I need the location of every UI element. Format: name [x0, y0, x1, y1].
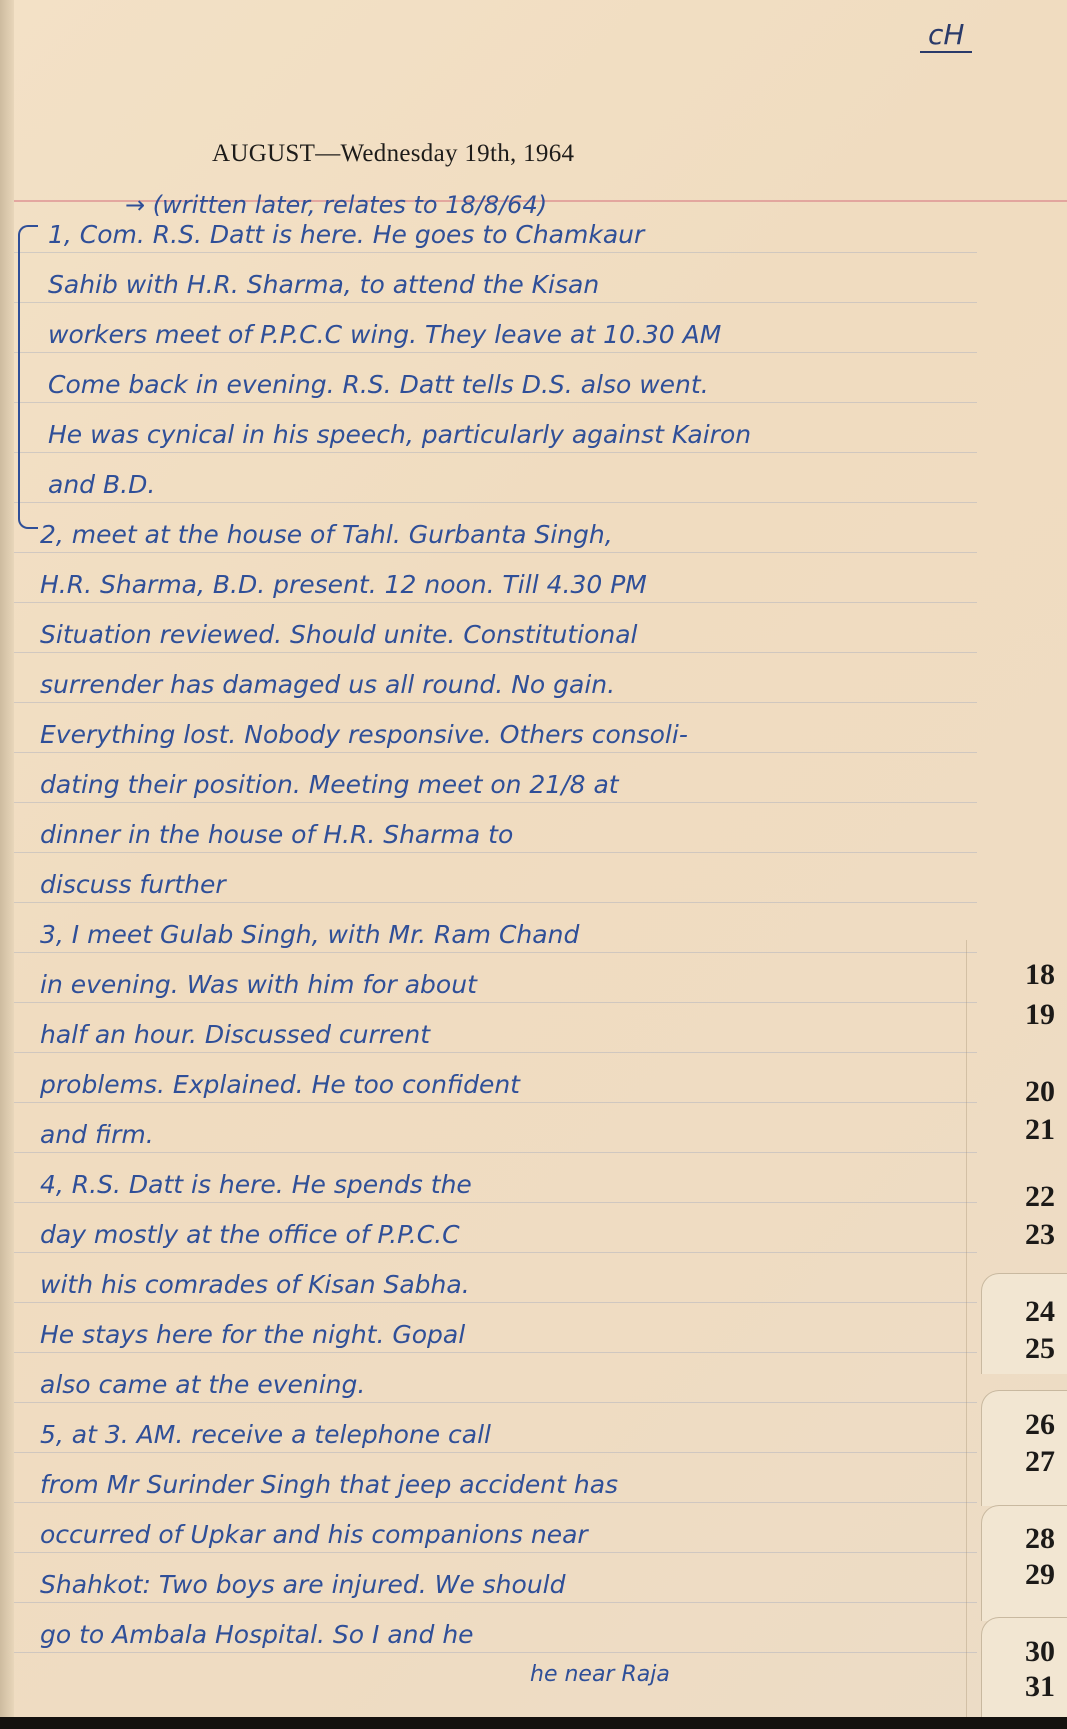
entry-line: occurred of Upkar and his companions nea… [40, 1510, 937, 1560]
corner-initials: cH [920, 18, 972, 53]
entry-line: and B.D. [48, 460, 937, 510]
entry-line: half an hour. Discussed current [40, 1010, 937, 1060]
date-index-tabs: 18 19 20 21 22 23 24 25 26 27 28 29 30 3… [966, 940, 1067, 1717]
entry-line: He was cynical in his speech, particular… [48, 410, 937, 460]
entry-line: go to Ambala Hospital. So I and he [40, 1610, 937, 1660]
date-tab-21[interactable]: 21 [1025, 1113, 1055, 1147]
diary-entry-3: 3, I meet Gulab Singh, with Mr. Ram Chan… [40, 910, 937, 1160]
entry-line: 4, R.S. Datt is here. He spends the [40, 1160, 937, 1210]
date-tab-26[interactable]: 26 [1025, 1408, 1055, 1442]
diary-entry-4: 4, R.S. Datt is here. He spends the day … [40, 1160, 937, 1410]
date-tab-22[interactable]: 22 [1025, 1180, 1055, 1214]
date-tab-19[interactable]: 19 [1025, 998, 1055, 1032]
page-bottom-edge [0, 1717, 1067, 1729]
date-tab-18[interactable]: 18 [1025, 958, 1055, 992]
date-tab-27[interactable]: 27 [1025, 1445, 1055, 1479]
date-tab-20[interactable]: 20 [1025, 1075, 1055, 1109]
date-tab-24[interactable]: 24 [1025, 1295, 1055, 1329]
entry-line: dating their position. Meeting meet on 2… [40, 760, 937, 810]
entry-line: 5, at 3. AM. receive a telephone call [40, 1410, 937, 1460]
entry-line: Situation reviewed. Should unite. Consti… [40, 610, 937, 660]
entry-line: workers meet of P.P.C.C wing. They leave… [48, 310, 937, 360]
diary-entry-5: 5, at 3. AM. receive a telephone call fr… [40, 1410, 937, 1700]
date-tab-28[interactable]: 28 [1025, 1522, 1055, 1556]
entry-line: Everything lost. Nobody responsive. Othe… [40, 710, 937, 760]
entry-line-trailing: he near Raja [40, 1660, 937, 1700]
entry-line: Shahkot: Two boys are injured. We should [40, 1560, 937, 1610]
entry-line: with his comrades of Kisan Sabha. [40, 1260, 937, 1310]
date-tab-29[interactable]: 29 [1025, 1558, 1055, 1592]
entry-line: 2, meet at the house of Tahl. Gurbanta S… [40, 510, 937, 560]
entry-line: H.R. Sharma, B.D. present. 12 noon. Till… [40, 560, 937, 610]
diary-entry-2: 2, meet at the house of Tahl. Gurbanta S… [40, 510, 937, 910]
diary-page: cH AUGUST—Wednesday 19th, 1964 → (writte… [0, 0, 1067, 1717]
bracket-mark [18, 225, 38, 529]
entry-line: dinner in the house of H.R. Sharma to [40, 810, 937, 860]
entry-line: 3, I meet Gulab Singh, with Mr. Ram Chan… [40, 910, 937, 960]
date-tab-31[interactable]: 31 [1025, 1670, 1055, 1704]
entry-line: and firm. [40, 1110, 937, 1160]
entry-line: 1, Com. R.S. Datt is here. He goes to Ch… [48, 210, 937, 260]
entry-line: Sahib with H.R. Sharma, to attend the Ki… [48, 260, 937, 310]
entry-line: in evening. Was with him for about [40, 960, 937, 1010]
date-tab-23[interactable]: 23 [1025, 1218, 1055, 1252]
date-tab-25[interactable]: 25 [1025, 1332, 1055, 1366]
entry-line: day mostly at the office of P.P.C.C [40, 1210, 937, 1260]
entry-line: discuss further [40, 860, 937, 910]
entry-line: surrender has damaged us all round. No g… [40, 660, 937, 710]
entry-line: also came at the evening. [40, 1360, 937, 1410]
entry-line: problems. Explained. He too confident [40, 1060, 937, 1110]
entry-line: from Mr Surinder Singh that jeep acciden… [40, 1460, 937, 1510]
date-tab-30[interactable]: 30 [1025, 1635, 1055, 1669]
entry-line: He stays here for the night. Gopal [40, 1310, 937, 1360]
page-date-header: AUGUST—Wednesday 19th, 1964 [212, 140, 574, 168]
diary-entry-1: 1, Com. R.S. Datt is here. He goes to Ch… [48, 210, 937, 510]
entry-line: Come back in evening. R.S. Datt tells D.… [48, 360, 937, 410]
